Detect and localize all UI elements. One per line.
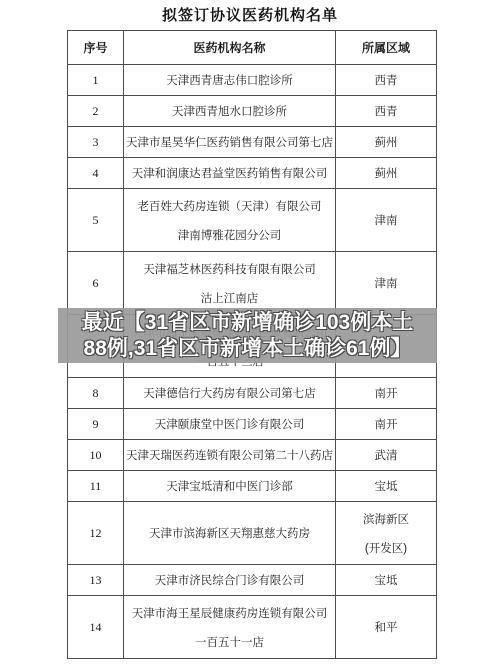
text-line: 蓟州: [375, 134, 398, 150]
text-line: 13: [90, 573, 102, 588]
region-cell-content: 西青: [336, 72, 436, 88]
text-line: 8: [93, 386, 99, 401]
text-line: 11: [90, 479, 102, 494]
region-cell: 南开: [336, 409, 437, 440]
text-line: 武清: [375, 447, 398, 463]
row-index-cell: 10: [68, 440, 124, 471]
institution-name-cell: 老百姓大药房连锁（天津）有限公司津南博雅花园分公司: [124, 189, 336, 252]
text-line: 天津市星昊华仁医药销售有限公司第七店: [126, 134, 333, 150]
table-row: 8天津德信行大药房有限公司第七店南开: [68, 378, 437, 409]
text-line: 天津和润康达君益堂医药销售有限公司: [132, 165, 328, 181]
region-cell: 津南: [336, 252, 437, 315]
institution-name-cell-content: 天津和润康达君益堂医药销售有限公司: [124, 165, 335, 181]
region-cell: 西青: [336, 65, 437, 96]
row-index-cell-content: 6: [68, 254, 123, 312]
region-cell-content: 滨海新区(开发区): [336, 504, 436, 562]
table-row: 6天津福芝林医药科技有限有限公司沽上江南店津南: [68, 252, 437, 315]
institution-name-cell-content: 天津市海王星辰健康药房连锁有限公司一百五十一店: [124, 598, 335, 656]
text-line: 1: [93, 73, 99, 88]
institution-name-cell-content: 天津西青唐志伟口腔诊所: [124, 72, 335, 88]
table-row: 3天津市星昊华仁医药销售有限公司第七店蓟州: [68, 127, 437, 158]
row-index-cell: 1: [68, 65, 124, 96]
text-line: 滨海新区: [363, 511, 409, 527]
region-cell: 宝坻: [336, 565, 437, 596]
text-line: 宝坻: [375, 478, 398, 494]
region-cell: 津南: [336, 189, 437, 252]
row-index-cell: 4: [68, 158, 124, 189]
table-row: 11天津宝坻清和中医门诊部宝坻: [68, 471, 437, 502]
news-overlay-banner: 最近【31省区市新增确诊103例本土 88例,31省区市新增本土确诊61例】: [58, 308, 437, 363]
text-line: 天津西青旭水口腔诊所: [172, 103, 287, 119]
overlay-line-2: 88例,31省区市新增本土确诊61例】: [58, 336, 437, 362]
region-cell-content: 宝坻: [336, 478, 436, 494]
institution-name-cell: 天津德信行大药房有限公司第七店: [124, 378, 336, 409]
row-index-cell-content: 14: [68, 598, 123, 656]
text-line: 天津宝坻清和中医门诊部: [166, 478, 293, 494]
text-line: 10: [90, 448, 102, 463]
table-header-row: 序号 医药机构名称 所属区域: [68, 31, 437, 65]
row-index-cell: 8: [68, 378, 124, 409]
region-cell-content: 津南: [336, 191, 436, 249]
text-line: 南开: [375, 385, 398, 401]
text-line: 天津颐康堂中医门诊有限公司: [155, 416, 305, 432]
row-index-cell: 5: [68, 189, 124, 252]
region-cell: 西青: [336, 96, 437, 127]
institution-name-cell: 天津西青旭水口腔诊所: [124, 96, 336, 127]
text-line: 津南: [375, 275, 398, 291]
text-line: 天津市海王星辰健康药房连锁有限公司: [132, 605, 328, 621]
text-line: 沽上江南店: [201, 290, 259, 306]
text-line: 天津市济民综合门诊有限公司: [155, 572, 305, 588]
institution-name-cell-content: 天津福芝林医药科技有限有限公司沽上江南店: [124, 254, 335, 312]
overlay-line-1: 最近【31省区市新增确诊103例本土: [58, 310, 437, 336]
text-line: (开发区): [365, 540, 407, 556]
institution-name-cell-content: 老百姓大药房连锁（天津）有限公司津南博雅花园分公司: [124, 191, 335, 249]
text-line: 和平: [375, 619, 398, 635]
text-line: 12: [90, 526, 102, 541]
row-index-cell: 6: [68, 252, 124, 315]
institution-name-cell: 天津市海王星辰健康药房连锁有限公司一百五十一店: [124, 596, 336, 659]
text-line: 蓟州: [375, 165, 398, 181]
region-cell-content: 宝坻: [336, 572, 436, 588]
text-line: 2: [93, 104, 99, 119]
text-line: 3: [93, 135, 99, 150]
region-cell: 滨海新区(开发区): [336, 502, 437, 565]
institution-name-cell: 天津天瑞医药连锁有限公司第二十八药店: [124, 440, 336, 471]
text-line: 西青: [375, 72, 398, 88]
region-cell-content: 南开: [336, 385, 436, 401]
text-line: 天津西青唐志伟口腔诊所: [166, 72, 293, 88]
text-line: 4: [93, 166, 99, 181]
institution-name-cell-content: 天津市滨海新区天翔惠慈大药房: [124, 504, 335, 562]
row-index-cell-content: 5: [68, 191, 123, 249]
table-row: 9天津颐康堂中医门诊有限公司南开: [68, 409, 437, 440]
row-index-cell: 9: [68, 409, 124, 440]
region-cell: 南开: [336, 378, 437, 409]
row-index-cell-content: 9: [68, 417, 123, 432]
text-line: 西青: [375, 103, 398, 119]
institution-name-cell: 天津市济民综合门诊有限公司: [124, 565, 336, 596]
col-header-name: 医药机构名称: [124, 31, 336, 65]
text-line: 老百姓大药房连锁（天津）有限公司: [138, 198, 322, 214]
row-index-cell: 3: [68, 127, 124, 158]
row-index-cell-content: 2: [68, 104, 123, 119]
row-index-cell-content: 13: [68, 573, 123, 588]
text-line: 天津天瑞医药连锁有限公司第二十八药店: [126, 447, 333, 463]
row-index-cell-content: 10: [68, 448, 123, 463]
institution-name-cell: 天津和润康达君益堂医药销售有限公司: [124, 158, 336, 189]
text-line: 宝坻: [375, 572, 398, 588]
region-cell-content: 南开: [336, 416, 436, 432]
institution-name-cell-content: 天津市星昊华仁医药销售有限公司第七店: [124, 134, 335, 150]
region-cell-content: 蓟州: [336, 134, 436, 150]
text-line: 一百五十一店: [195, 634, 264, 650]
row-index-cell-content: 11: [68, 479, 123, 494]
institution-name-cell-content: 天津天瑞医药连锁有限公司第二十八药店: [124, 447, 335, 463]
institution-name-cell: 天津市滨海新区天翔惠慈大药房: [124, 502, 336, 565]
text-line: 天津市滨海新区天翔惠慈大药房: [149, 525, 310, 541]
col-header-index: 序号: [68, 31, 124, 65]
text-line: 14: [90, 620, 102, 635]
text-line: 南开: [375, 416, 398, 432]
row-index-cell-content: 12: [68, 504, 123, 562]
institution-name-cell: 天津福芝林医药科技有限有限公司沽上江南店: [124, 252, 336, 315]
region-cell-content: 西青: [336, 103, 436, 119]
text-line: 5: [93, 213, 99, 228]
institution-name-cell-content: 天津颐康堂中医门诊有限公司: [124, 416, 335, 432]
col-header-region: 所属区域: [336, 31, 437, 65]
region-cell-content: 武清: [336, 447, 436, 463]
institution-name-cell-content: 天津市济民综合门诊有限公司: [124, 572, 335, 588]
text-line: 9: [93, 417, 99, 432]
institution-name-cell-content: 天津宝坻清和中医门诊部: [124, 478, 335, 494]
table-row: 14天津市海王星辰健康药房连锁有限公司一百五十一店和平: [68, 596, 437, 659]
table-row: 13天津市济民综合门诊有限公司宝坻: [68, 565, 437, 596]
text-line: 津南博雅花园分公司: [178, 227, 282, 243]
row-index-cell: 13: [68, 565, 124, 596]
table-row: 12天津市滨海新区天翔惠慈大药房滨海新区(开发区): [68, 502, 437, 565]
table-row: 1天津西青唐志伟口腔诊所西青: [68, 65, 437, 96]
institution-name-cell-content: 天津德信行大药房有限公司第七店: [124, 385, 335, 401]
region-cell: 武清: [336, 440, 437, 471]
table-header: 序号 医药机构名称 所属区域: [68, 31, 437, 65]
region-cell-content: 津南: [336, 254, 436, 312]
institution-name-cell: 天津西青唐志伟口腔诊所: [124, 65, 336, 96]
institution-name-cell: 天津宝坻清和中医门诊部: [124, 471, 336, 502]
region-cell-content: 和平: [336, 598, 436, 656]
region-cell: 和平: [336, 596, 437, 659]
row-index-cell: 2: [68, 96, 124, 127]
text-line: 6: [93, 276, 99, 291]
row-index-cell: 14: [68, 596, 124, 659]
table-row: 2天津西青旭水口腔诊所西青: [68, 96, 437, 127]
row-index-cell: 12: [68, 502, 124, 565]
row-index-cell-content: 8: [68, 386, 123, 401]
region-cell: 宝坻: [336, 471, 437, 502]
table-row: 5老百姓大药房连锁（天津）有限公司津南博雅花园分公司津南: [68, 189, 437, 252]
text-line: 天津德信行大药房有限公司第七店: [143, 385, 316, 401]
row-index-cell: 11: [68, 471, 124, 502]
row-index-cell-content: 3: [68, 135, 123, 150]
table-row: 4天津和润康达君益堂医药销售有限公司蓟州: [68, 158, 437, 189]
row-index-cell-content: 4: [68, 166, 123, 181]
institution-name-cell-content: 天津西青旭水口腔诊所: [124, 103, 335, 119]
page-title: 拟签订协议医药机构名单: [0, 4, 500, 25]
institution-name-cell: 天津市星昊华仁医药销售有限公司第七店: [124, 127, 336, 158]
region-cell: 蓟州: [336, 158, 437, 189]
region-cell-content: 蓟州: [336, 165, 436, 181]
region-cell: 蓟州: [336, 127, 437, 158]
text-line: 津南: [375, 212, 398, 228]
table-row: 10天津天瑞医药连锁有限公司第二十八药店武清: [68, 440, 437, 471]
text-line: 天津福芝林医药科技有限有限公司: [143, 261, 316, 277]
institution-name-cell: 天津颐康堂中医门诊有限公司: [124, 409, 336, 440]
row-index-cell-content: 1: [68, 73, 123, 88]
